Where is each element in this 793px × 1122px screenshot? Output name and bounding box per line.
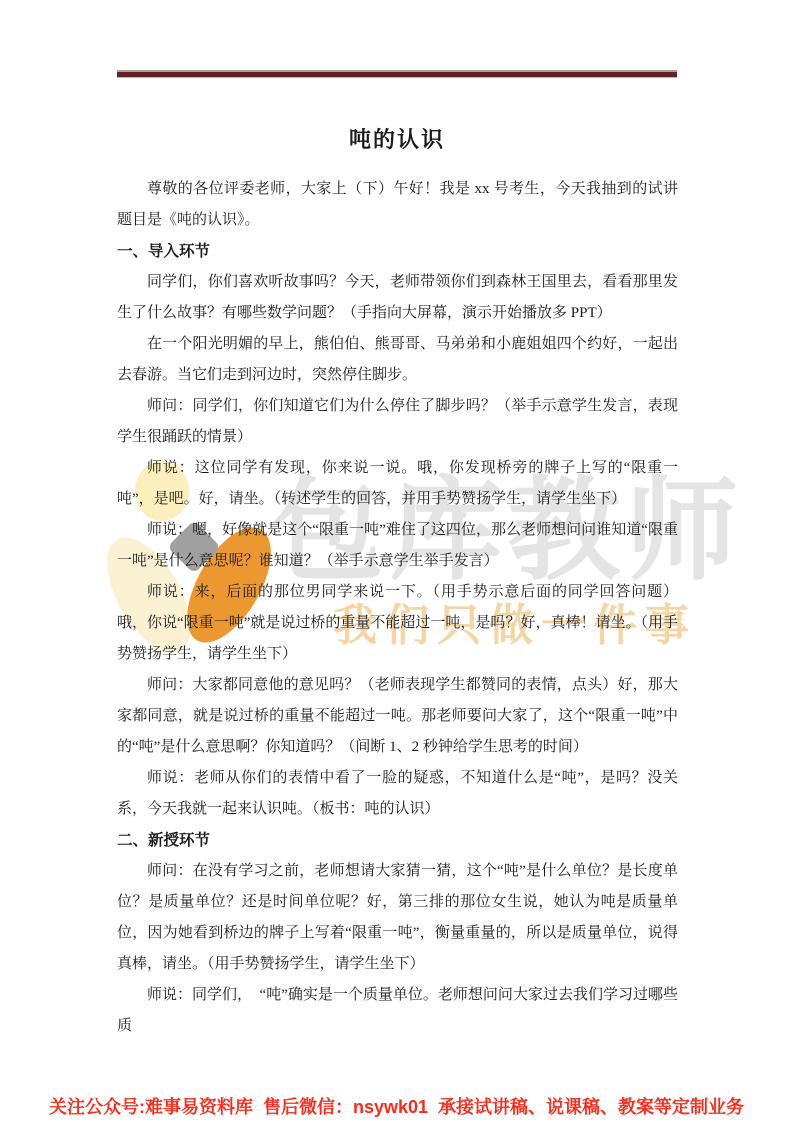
paragraph: 师说：嗯，好像就是这个“限重一吨”难住了这四位，那么老师想问问谁知道“限重一吨”… [117, 515, 678, 577]
page-title: 吨的认识 [117, 123, 677, 154]
header-rule [117, 70, 677, 78]
section-heading: 一、导入环节 [117, 236, 678, 267]
paragraph: 在一个阳光明媚的早上，熊伯伯、熊哥哥、马弟弟和小鹿姐姐四个约好，一起出去春游。当… [117, 329, 678, 391]
paragraph: 师说：老师从你们的表情中看了一脸的疑惑，不知道什么是“吨”，是吗？没关系，今天我… [117, 763, 678, 825]
document-body: 尊敬的各位评委老师，大家上（下）午好！我是 xx 号考生，今天我抽到的试讲题目是… [117, 174, 678, 1042]
paragraph: 同学们，你们喜欢听故事吗？今天，老师带领你们到森林王国里去，看看那里发生了什么故… [117, 267, 678, 329]
paragraph: 师问：在没有学习之前，老师想请大家猜一猜，这个“吨”是什么单位？是长度单位？是质… [117, 856, 678, 980]
footer-promo-banner: 关注公众号:难事易资料库 售后微信：nsywk01 承接试讲稿、说课稿、教案等定… [0, 1093, 793, 1119]
paragraph: 师问：同学们，你们知道它们为什么停住了脚步吗？（举手示意学生发言，表现学生很踊跃… [117, 391, 678, 453]
paragraph: 师问：大家都同意他的意见吗？（老师表现学生都赞同的表情，点头）好，那大家都同意，… [117, 670, 678, 763]
paragraph: 师说：来，后面的那位男同学来说一下。（用手势示意后面的同学回答问题）哦，你说“限… [117, 577, 678, 670]
section-heading: 二、新授环节 [117, 825, 678, 856]
paragraph: 师说：同学们， “吨”确实是一个质量单位。老师想问问大家过去我们学习过哪些质 [117, 980, 678, 1042]
paragraph: 尊敬的各位评委老师，大家上（下）午好！我是 xx 号考生，今天我抽到的试讲题目是… [117, 174, 678, 236]
paragraph: 师说：这位同学有发现，你来说一说。哦，你发现桥旁的牌子上写的“限重一吨”，是吧。… [117, 453, 678, 515]
